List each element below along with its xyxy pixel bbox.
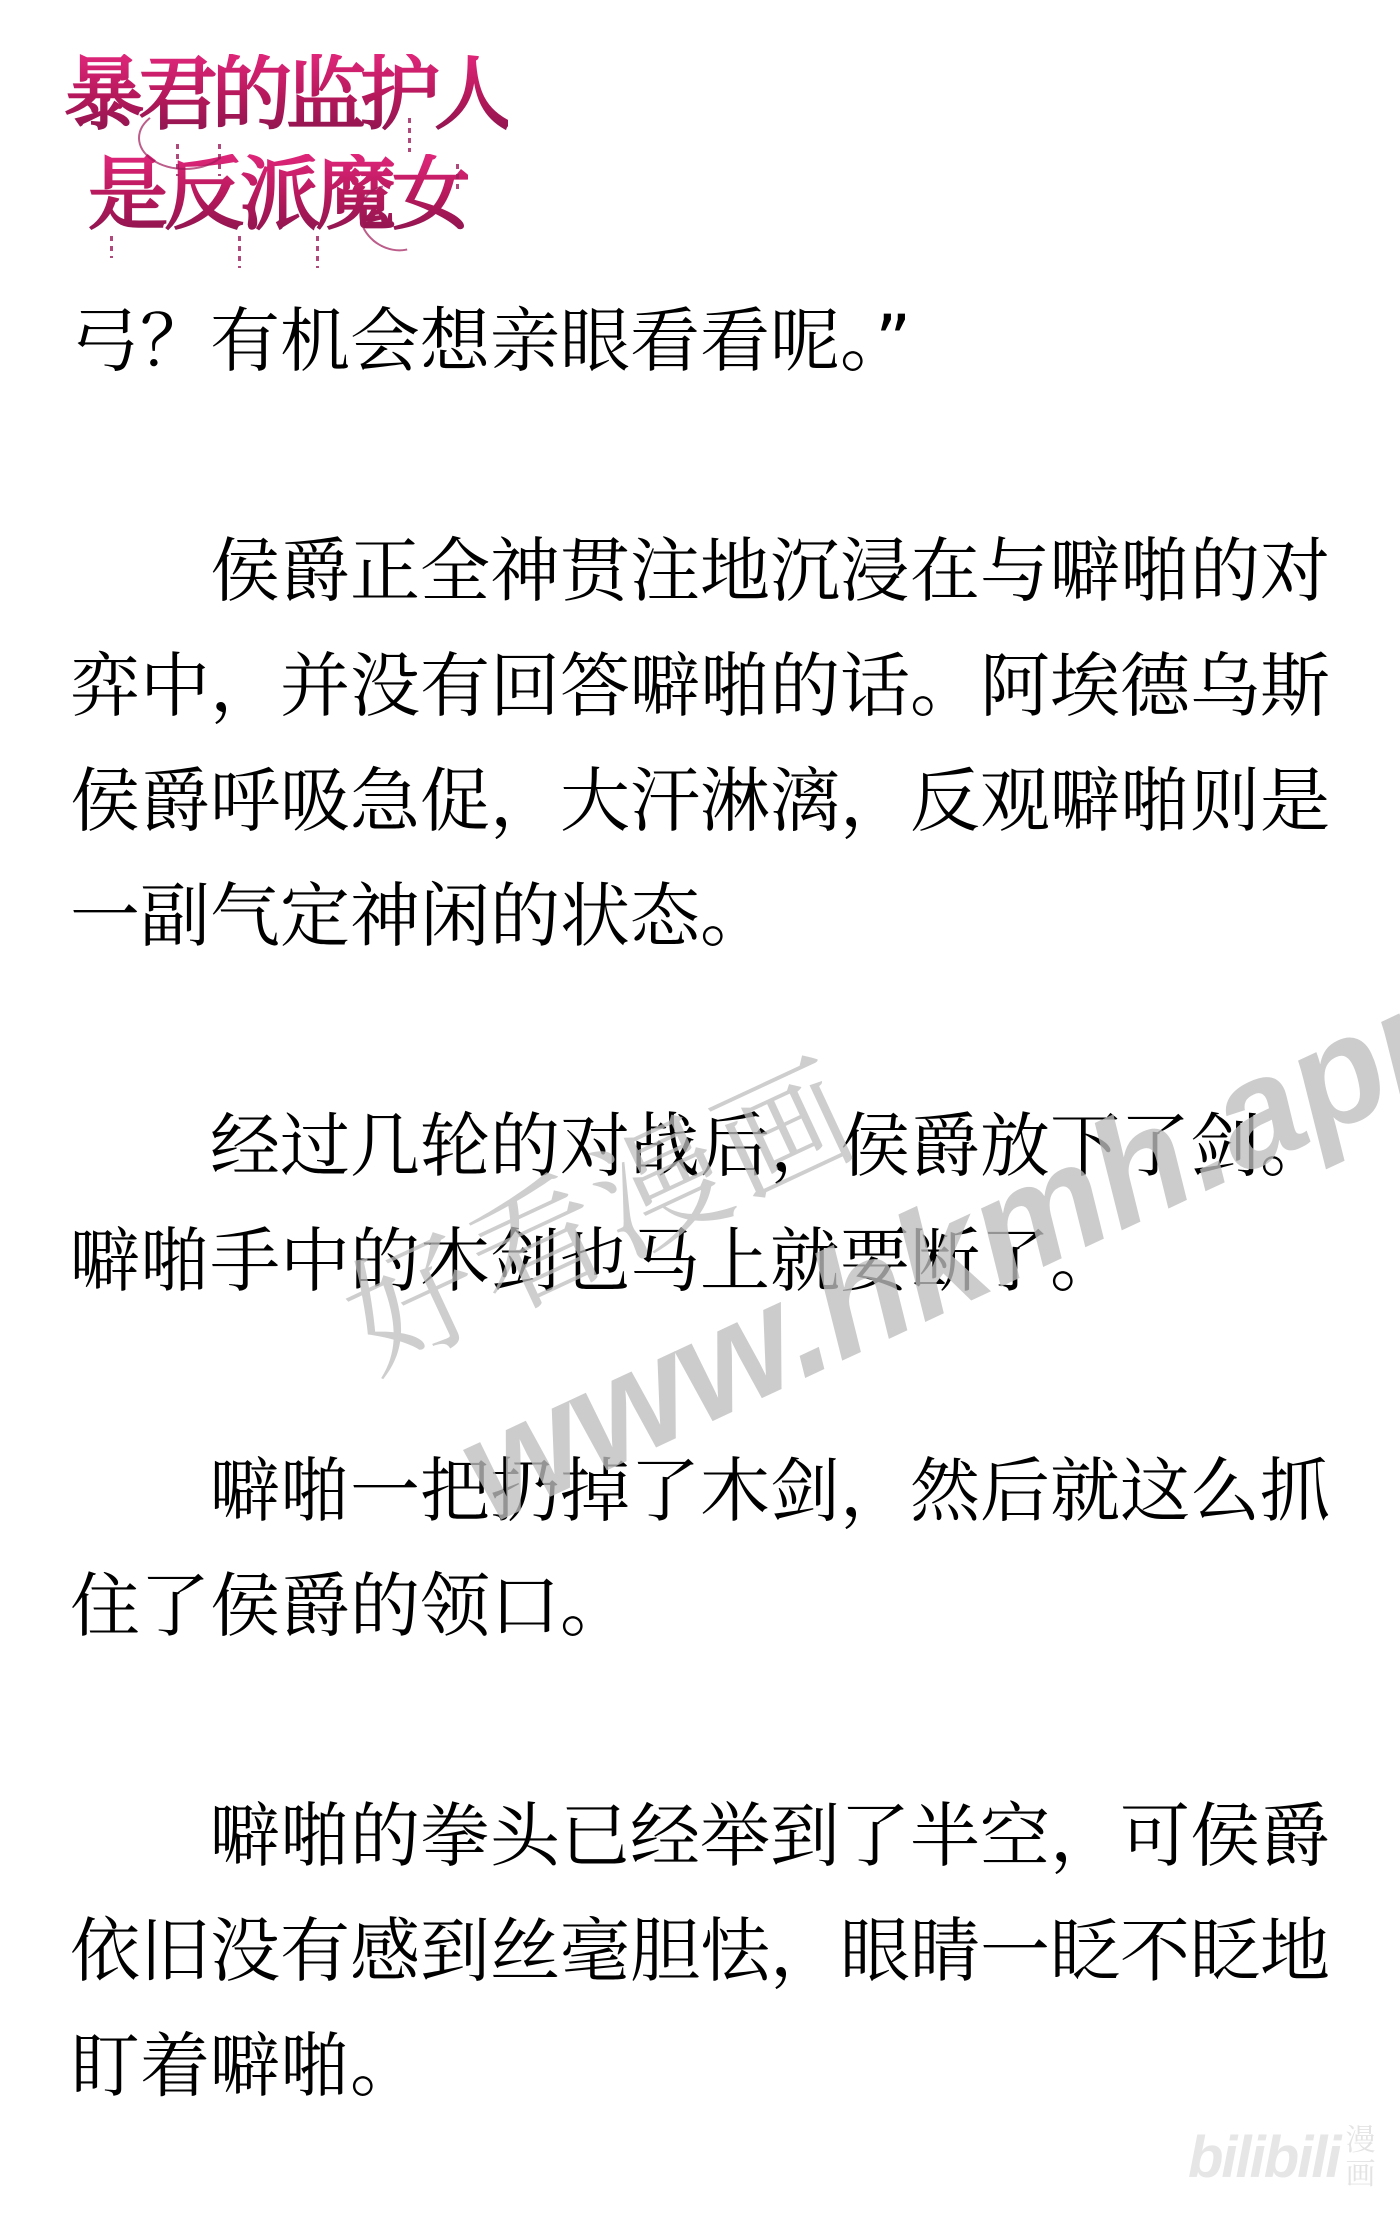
paragraph: 经过几轮的对战后，侯爵放下了剑。噼啪手中的木剑也马上就要断了。 [70, 1089, 1340, 1319]
bilibili-manga-label-top: 漫 [1346, 2124, 1376, 2158]
title-ornament-icon [456, 164, 459, 194]
paragraph: 噼啪的拳头已经举到了半空，可侯爵依旧没有感到丝毫胆怯，眼睛一眨不眨地盯着噼啪。 [70, 1779, 1340, 2124]
text-line: 经过几轮的对战后，侯爵放下了剑。 [70, 1089, 1340, 1204]
title-ornament-icon [316, 236, 319, 268]
text-line: 一副气定神闲的状态。 [70, 859, 1340, 974]
bilibili-manga-label-bottom: 画 [1346, 2158, 1376, 2192]
text-line: 盯着噼啪。 [70, 2009, 1340, 2124]
title-ornament-icon [238, 236, 241, 268]
text-line: 住了侯爵的领口。 [70, 1549, 1340, 1664]
text-line: 噼啪手中的木剑也马上就要断了。 [70, 1204, 1340, 1319]
text-line: 侯爵呼吸急促，大汗淋漓，反观噼啪则是 [70, 744, 1340, 859]
title-ornament-icon [110, 236, 113, 258]
chapter-body-text: 弓？有机会想亲眼看看呢。”侯爵正全神贯注地沉浸在与噼啪的对弈中，并没有回答噼啪的… [70, 284, 1340, 2124]
text-line: 弓？有机会想亲眼看看呢。” [70, 284, 1340, 399]
text-line: 噼啪一把扔掉了木剑，然后就这么抓 [70, 1434, 1340, 1549]
paragraph: 弓？有机会想亲眼看看呢。” [70, 284, 1340, 399]
title-logo-line-1: 暴君的监护人 [64, 54, 508, 134]
title-swirl-icon [138, 106, 232, 170]
paragraph: 侯爵正全神贯注地沉浸在与噼啪的对弈中，并没有回答噼啪的话。阿埃德乌斯侯爵呼吸急促… [70, 514, 1340, 974]
title-ornament-icon [408, 118, 411, 152]
bilibili-manga-label: 漫 画 [1346, 2124, 1376, 2192]
paragraph: 噼啪一把扔掉了木剑，然后就这么抓住了侯爵的领口。 [70, 1434, 1340, 1664]
bilibili-manga-logo: bilibili 漫 画 [1188, 2118, 1376, 2198]
bilibili-wordmark-icon: bilibili [1188, 2129, 1340, 2187]
title-logo: 暴君的监护人 是反派魔女 [58, 46, 498, 261]
text-line: 依旧没有感到丝毫胆怯，眼睛一眨不眨地 [70, 1894, 1340, 2009]
text-line: 噼啪的拳头已经举到了半空，可侯爵 [70, 1779, 1340, 1894]
text-line: 弈中，并没有回答噼啪的话。阿埃德乌斯 [70, 629, 1340, 744]
text-line: 侯爵正全神贯注地沉浸在与噼啪的对 [70, 514, 1340, 629]
